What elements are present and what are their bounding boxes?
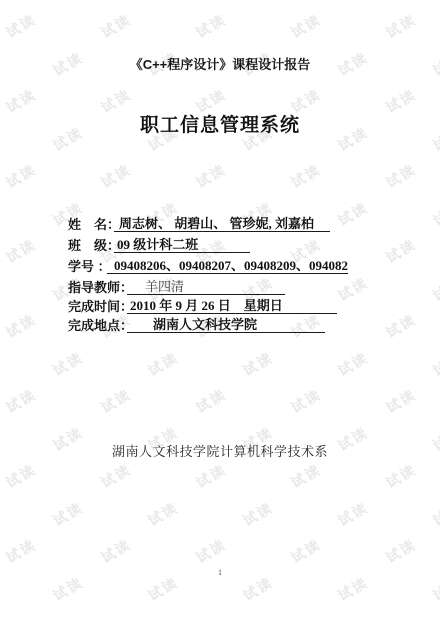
- field-value-name: 周志树、 胡碧山、 管珍妮, 刘嘉柏: [114, 216, 330, 232]
- field-value-completion-date: 2010 年 9 月 26 日 星期日: [127, 298, 337, 314]
- field-label-advisor: 指导教师：: [68, 280, 127, 295]
- field-value-class: 09 级计科二班: [114, 237, 250, 253]
- field-row-student-id: 学号 ： 09408206、09408207、09408209、09408210: [68, 258, 348, 274]
- field-row-completion-place: 完成地点： 湖南人文科技学院: [68, 317, 325, 333]
- field-label-completion-date: 完成时间：: [68, 299, 127, 314]
- field-value-completion-place: 湖南人文科技学院: [127, 317, 325, 333]
- field-label-class: 班 级：: [68, 238, 114, 253]
- document-page: 试读试读试读试读试读试读试读试读试读试读试读试读试读试读试读试读试读试读试读试读…: [0, 0, 440, 620]
- field-value-student-id: 09408206、09408207、09408209、09408210: [107, 258, 348, 274]
- field-value-advisor: 羊四清: [127, 279, 285, 295]
- department-footer: 湖南人文科技学院计算机科学技术系: [0, 441, 440, 460]
- field-row-completion-date: 完成时间： 2010 年 9 月 26 日 星期日: [68, 298, 337, 314]
- field-label-completion-place: 完成地点：: [68, 318, 127, 333]
- field-row-advisor: 指导教师： 羊四清: [68, 279, 285, 295]
- field-label-student-id: 学号 ：: [68, 259, 107, 274]
- field-row-class: 班 级： 09 级计科二班: [68, 237, 250, 253]
- page-number: 1: [0, 568, 440, 577]
- info-fields: 姓 名： 周志树、 胡碧山、 管珍妮, 刘嘉柏 班 级： 09 级计科二班 学号…: [0, 0, 440, 620]
- field-label-name: 姓 名：: [68, 217, 114, 232]
- field-row-name: 姓 名： 周志树、 胡碧山、 管珍妮, 刘嘉柏: [68, 216, 330, 232]
